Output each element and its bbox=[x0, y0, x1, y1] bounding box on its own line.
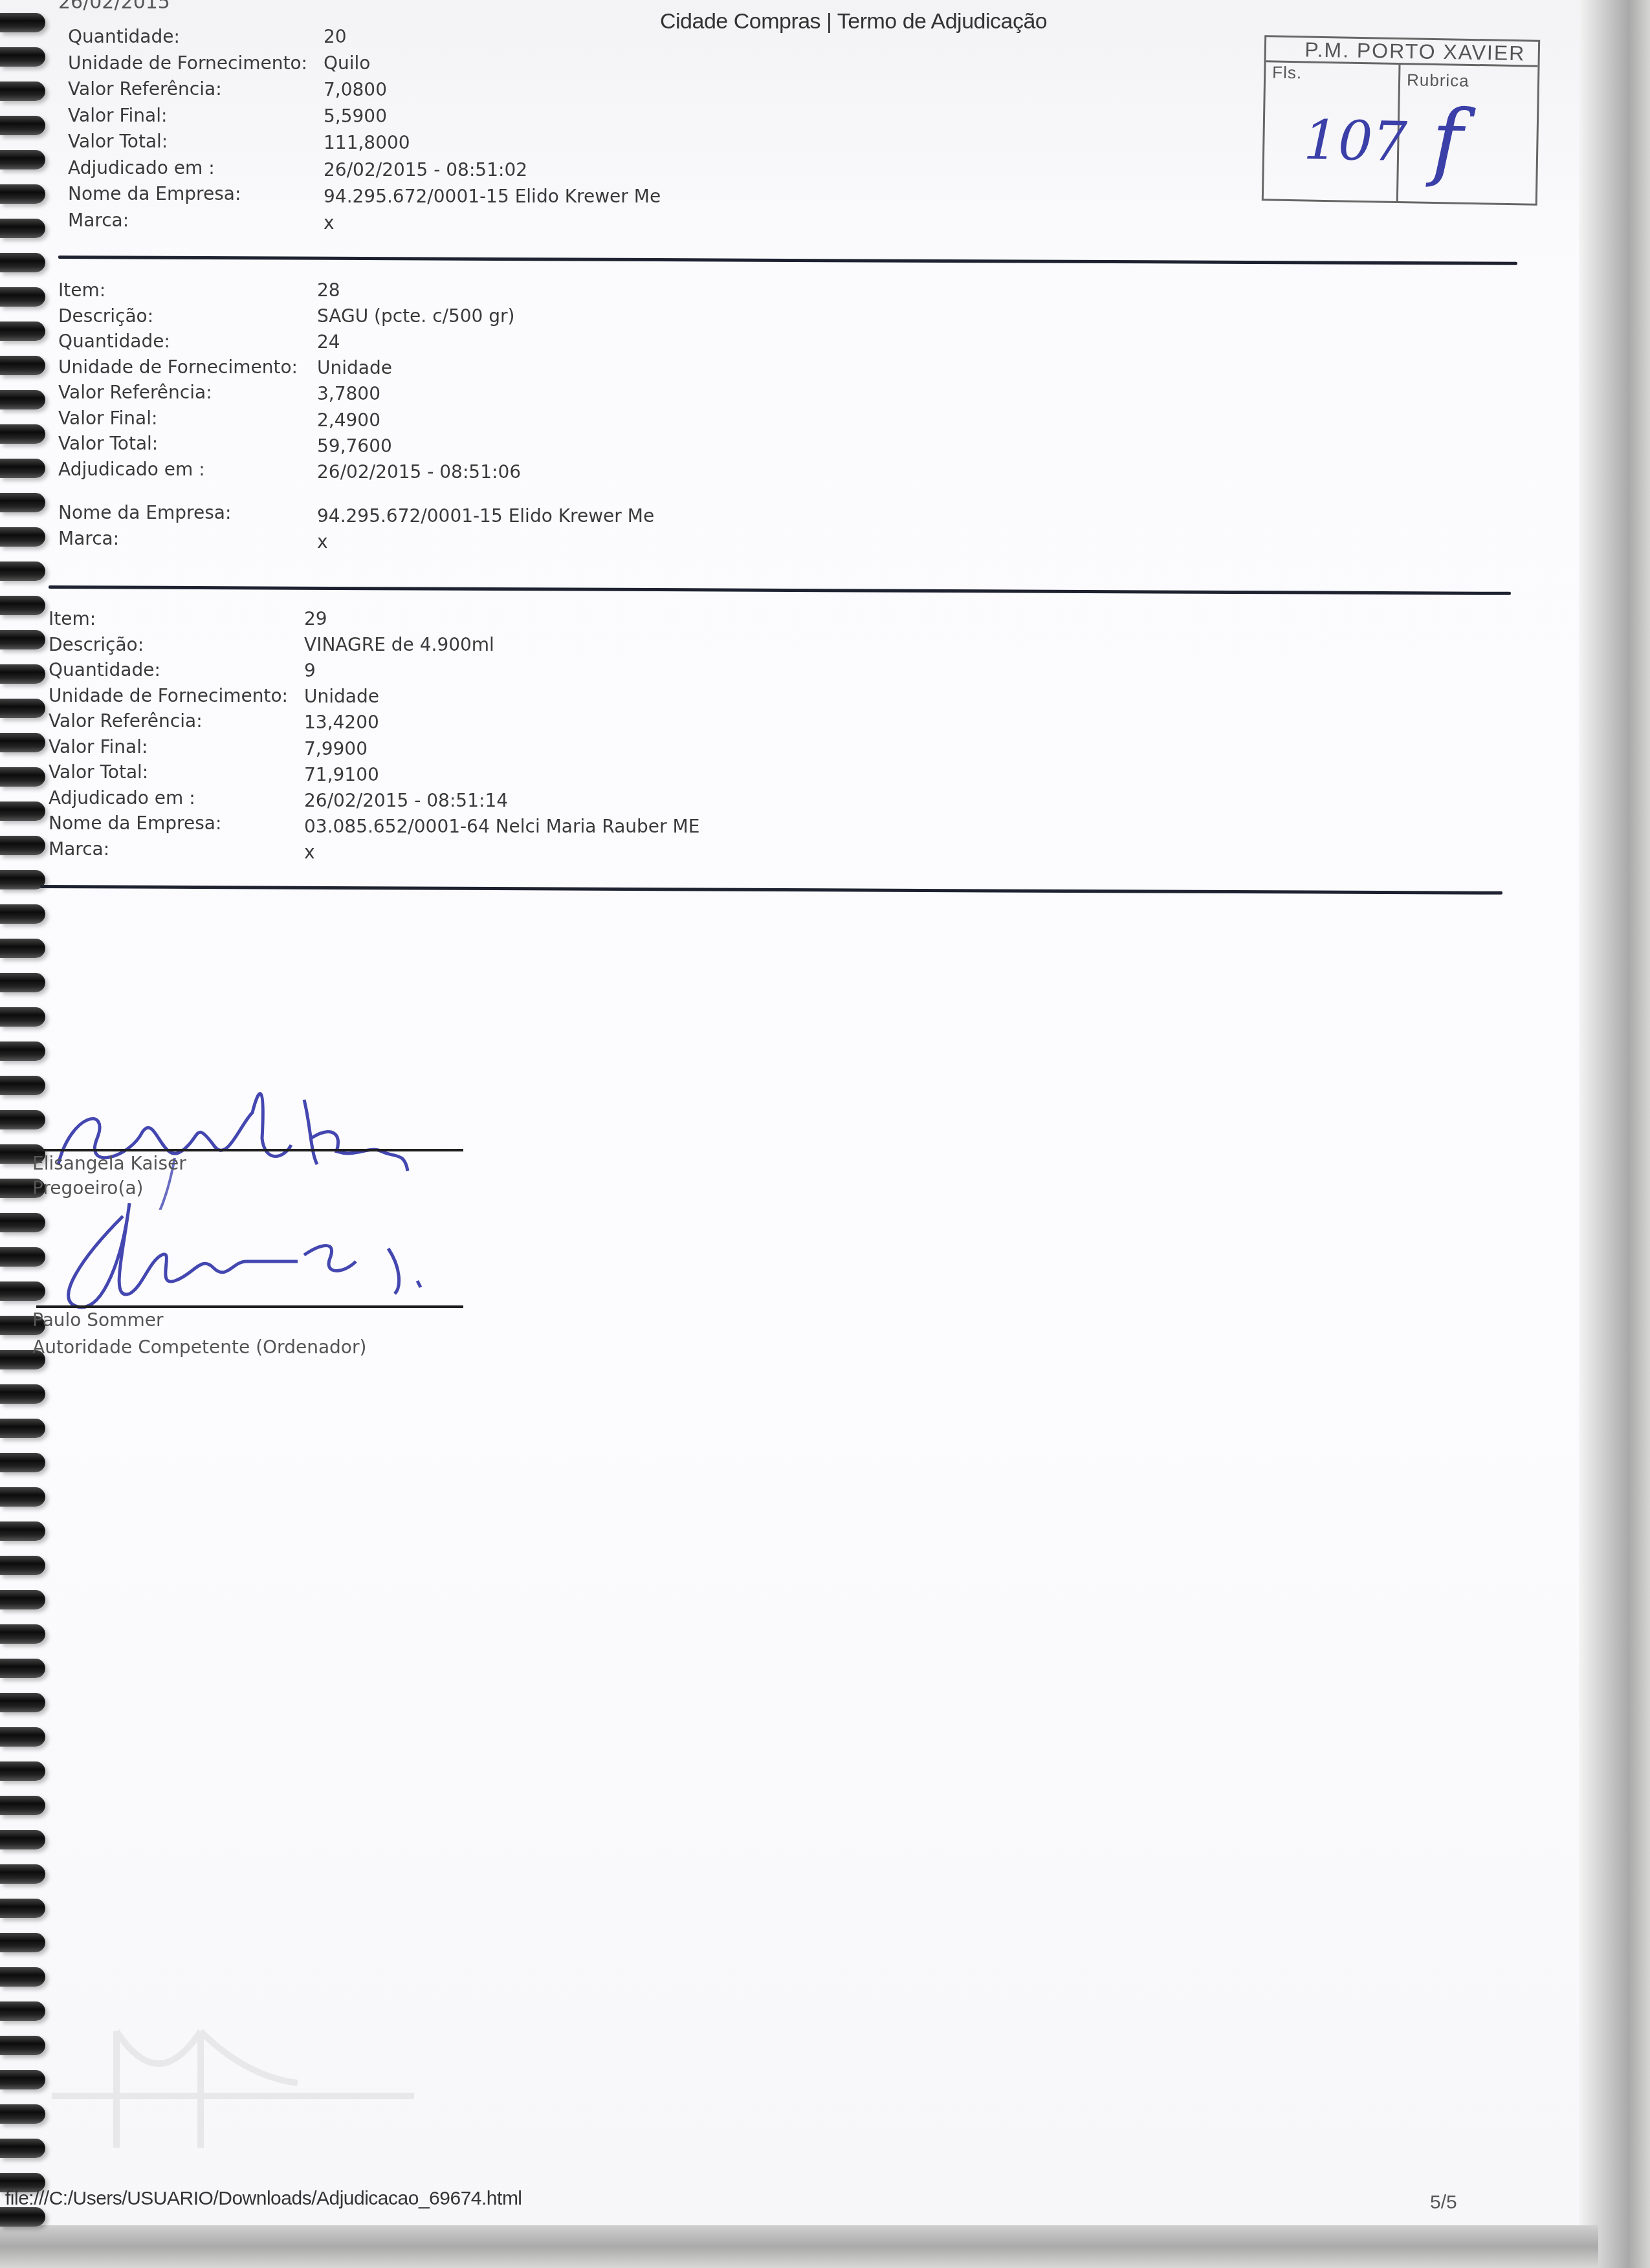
field-value: 26/02/2015 - 08:51:06 bbox=[317, 461, 521, 483]
stamp-rubrica-label: Rubrica bbox=[1407, 70, 1469, 91]
field-label: Valor Total: bbox=[49, 761, 148, 783]
binding-ring bbox=[0, 562, 45, 581]
binding-ring bbox=[0, 1453, 45, 1472]
binding-ring bbox=[0, 699, 45, 718]
field-label: Valor Total: bbox=[68, 131, 168, 152]
field-label: Valor Referência: bbox=[68, 78, 222, 100]
field-label: Quantidade: bbox=[58, 331, 170, 352]
binding-ring bbox=[0, 767, 45, 787]
binding-ring bbox=[0, 253, 45, 272]
signature-line-1 bbox=[36, 1149, 463, 1151]
binding-ring bbox=[0, 47, 45, 67]
field-label: Valor Referência: bbox=[58, 382, 212, 403]
field-value: 03.085.652/0001-64 Nelci Maria Rauber ME bbox=[304, 816, 699, 837]
file-path: file:///C:/Users/USUARIO/Downloads/Adjud… bbox=[5, 2188, 522, 2210]
field-value: 3,7800 bbox=[317, 383, 380, 404]
field-value: 5,5900 bbox=[324, 105, 387, 127]
binding-ring bbox=[0, 1761, 45, 1781]
field-value: 28 bbox=[317, 279, 340, 301]
field-label: Nome da Empresa: bbox=[68, 183, 241, 204]
field-value: x bbox=[304, 842, 315, 863]
field-value: 20 bbox=[324, 26, 347, 47]
field-label: Valor Referência: bbox=[49, 710, 203, 732]
binding-ring bbox=[0, 1419, 45, 1438]
binding-ring bbox=[0, 870, 45, 889]
binding-ring bbox=[0, 82, 45, 101]
field-label: Quantidade: bbox=[49, 659, 160, 681]
protocol-stamp: P.M. PORTO XAVIER Fls. 107 Rubrica f bbox=[1262, 35, 1540, 205]
field-value: Quilo bbox=[324, 52, 370, 74]
binding-ring bbox=[0, 973, 45, 992]
binding-ring bbox=[0, 1967, 45, 1987]
field-value: 94.295.672/0001-15 Elido Krewer Me bbox=[317, 505, 654, 527]
field-label: Valor Final: bbox=[68, 105, 167, 126]
page-number: 5/5 bbox=[1430, 2192, 1457, 2214]
binding-ring bbox=[0, 2139, 45, 2158]
binding-ring bbox=[0, 116, 45, 135]
field-label: Item: bbox=[58, 279, 105, 301]
field-value: 26/02/2015 - 08:51:02 bbox=[324, 159, 527, 180]
binding-ring bbox=[0, 493, 45, 512]
stamp-rubrica-cell: Rubrica f bbox=[1398, 65, 1538, 204]
stamp-fls-cell: Fls. 107 bbox=[1264, 62, 1401, 201]
binding-ring bbox=[0, 1007, 45, 1027]
field-value: 59,7600 bbox=[317, 435, 392, 457]
binding-ring bbox=[0, 1556, 45, 1575]
binding-ring bbox=[0, 1384, 45, 1404]
signer-role-2: Autoridade Competente (Ordenador) bbox=[32, 1336, 366, 1358]
field-label: Unidade de Fornecimento: bbox=[68, 52, 307, 74]
binding-ring bbox=[0, 150, 45, 169]
field-label: Adjudicado em : bbox=[49, 787, 195, 809]
binding-ring bbox=[0, 1693, 45, 1712]
binding-ring bbox=[0, 2070, 45, 2089]
binding-ring bbox=[0, 287, 45, 307]
binding-ring bbox=[0, 1899, 45, 1918]
field-label: Adjudicado em : bbox=[58, 459, 205, 480]
page-title: Cidade Compras | Termo de Adjudicação bbox=[660, 9, 1047, 34]
binding-ring bbox=[0, 1727, 45, 1747]
binding-ring bbox=[0, 2036, 45, 2055]
binding-ring bbox=[0, 1624, 45, 1644]
field-value: 29 bbox=[304, 608, 327, 629]
stamp-fls-label: Fls. bbox=[1272, 63, 1302, 83]
field-label: Valor Total: bbox=[58, 433, 158, 454]
binding-ring bbox=[0, 1933, 45, 1952]
field-label: Item: bbox=[49, 608, 96, 629]
stamp-rubric: f bbox=[1431, 91, 1464, 190]
field-value: 111,8000 bbox=[324, 132, 410, 153]
binding-ring bbox=[0, 2104, 45, 2124]
binding-ring bbox=[0, 1830, 45, 1849]
field-value: 24 bbox=[317, 331, 340, 353]
field-label: Nome da Empresa: bbox=[58, 502, 231, 523]
field-label: Marca: bbox=[49, 838, 109, 860]
binding-ring bbox=[0, 459, 45, 478]
field-value: 13,4200 bbox=[304, 712, 379, 733]
field-label: Valor Final: bbox=[58, 408, 157, 429]
signer-name-1: Elisangela Kaiser bbox=[32, 1153, 186, 1174]
binding-ring bbox=[0, 322, 45, 341]
signer-name-2: Paulo Sommer bbox=[32, 1309, 164, 1331]
binding-ring bbox=[0, 1659, 45, 1678]
field-value: SAGU (pcte. c/500 gr) bbox=[317, 305, 515, 327]
binding-ring bbox=[0, 939, 45, 958]
field-value: 7,0800 bbox=[324, 79, 387, 100]
field-label: Marca: bbox=[68, 210, 129, 231]
binding-ring bbox=[0, 1487, 45, 1507]
field-value: 9 bbox=[304, 660, 316, 681]
field-label: Quantidade: bbox=[68, 26, 180, 47]
binding-ring bbox=[0, 904, 45, 924]
field-label: Unidade de Fornecimento: bbox=[49, 685, 288, 706]
binding-ring bbox=[0, 356, 45, 375]
field-label: Valor Final: bbox=[49, 736, 148, 758]
binding-ring bbox=[0, 1796, 45, 1815]
binding-ring bbox=[0, 184, 45, 204]
stray-date: 26/02/2015 bbox=[58, 0, 170, 14]
binding-ring bbox=[0, 2001, 45, 2021]
field-value: x bbox=[324, 212, 335, 234]
field-label: Descrição: bbox=[58, 305, 153, 327]
binder-shadow-bottom bbox=[0, 2225, 1598, 2268]
binding-ring bbox=[0, 1590, 45, 1609]
binding-ring bbox=[0, 664, 45, 684]
field-value: 2,4900 bbox=[317, 409, 380, 431]
binding-ring bbox=[0, 801, 45, 821]
binding-ring bbox=[0, 2207, 45, 2227]
binding-ring bbox=[0, 390, 45, 409]
binding-ring bbox=[0, 1041, 45, 1061]
field-value: VINAGRE de 4.900ml bbox=[304, 634, 494, 655]
binding-ring bbox=[0, 527, 45, 547]
binding-ring bbox=[0, 733, 45, 752]
binding-ring bbox=[0, 836, 45, 855]
field-label: Unidade de Fornecimento: bbox=[58, 356, 298, 378]
signature-line-2 bbox=[36, 1305, 463, 1308]
field-value: 7,9900 bbox=[304, 738, 368, 759]
binding-ring bbox=[0, 1521, 45, 1541]
binding-ring bbox=[0, 1864, 45, 1884]
binding-ring bbox=[0, 424, 45, 444]
field-value: Unidade bbox=[304, 686, 379, 707]
stamp-page-number: 107 bbox=[1303, 108, 1408, 173]
binding-ring bbox=[0, 13, 45, 32]
binding-ring bbox=[0, 219, 45, 238]
field-value: x bbox=[317, 531, 328, 552]
binding-ring bbox=[0, 596, 45, 615]
field-value: 71,9100 bbox=[304, 764, 379, 785]
bridge-watermark-icon bbox=[52, 2018, 414, 2161]
field-value: Unidade bbox=[317, 357, 392, 378]
field-label: Nome da Empresa: bbox=[49, 812, 221, 834]
binder-shadow-right bbox=[1579, 0, 1650, 2268]
binding-ring bbox=[0, 630, 45, 649]
field-label: Adjudicado em : bbox=[68, 157, 215, 179]
field-value: 26/02/2015 - 08:51:14 bbox=[304, 790, 508, 811]
field-label: Descrição: bbox=[49, 634, 144, 655]
field-value: 94.295.672/0001-15 Elido Krewer Me bbox=[324, 186, 661, 207]
field-label: Marca: bbox=[58, 528, 119, 549]
